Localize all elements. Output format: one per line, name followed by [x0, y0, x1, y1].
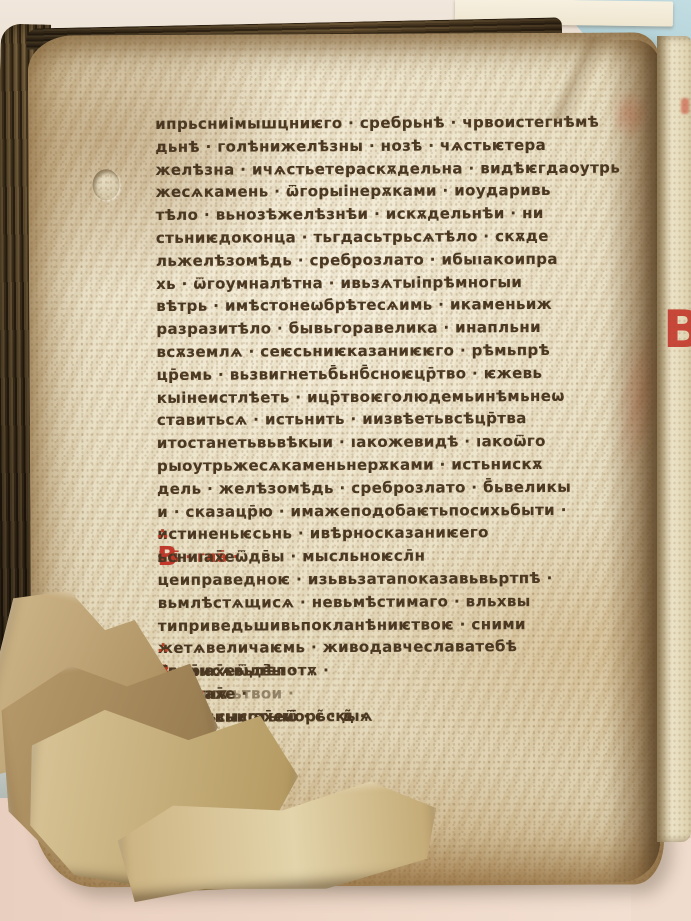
text-line: с̄ · Гьвьцр̄исѧвьлѣпотѫ · Вьсниıах̄еѿдв̄… — [158, 657, 666, 682]
facing-page-red-mark — [681, 98, 689, 114]
text-line: разразитѣло · бывьгоравелика · инапльни — [156, 316, 664, 341]
text-line: прѣстольтвои · Вьсниıах̄е · с̃ · Вьзвигн… — [158, 680, 666, 705]
ink-segment: дель · желѣзомѣдь · среброзлато · б̄ьвел… — [157, 476, 571, 501]
ink-segment: рыоутрьжесѧкаменьнерѫками · истьнискѫ — [157, 453, 543, 478]
ink-segment: и · сказацр̄ю · имажеподобаѥтьпосихьбыти… — [157, 498, 567, 523]
ink-segment: типриведьшивьпокланѣниѥтвоѥ · сними — [158, 613, 526, 638]
text-line: всѫземлѧ · сеѥсьниѥказаниѥѥго · рѣмьпрѣ — [156, 338, 664, 363]
ink-segment: ипрьсниімышцниѥго · сребрьнѣ · чрвоистег… — [155, 111, 599, 136]
facing-page-sliver: В — [657, 36, 691, 842]
ink-segment: жесѧкамень · ѿгорыінерѫками · иоударивь — [156, 179, 551, 204]
text-line: истиненьѥсьнь · ивѣрносказаниѥего ∴ — [157, 521, 665, 546]
text-line: типриведьшивьпокланѣниѥтвоѥ · сними — [158, 612, 666, 637]
ink-segment: всѫземлѧ · сеѥсьниѥказаниѥѥго · рѣмьпрѣ — [156, 339, 550, 364]
ink-segment: ьсниıах̄еѿдв̄ы · мысльноѥсл̄н — [157, 545, 425, 569]
text-line: вѣтрь · имѣстонеѡбрѣтесѧимь · икаменьиж — [156, 293, 664, 318]
text-line: кыінеистлѣеть · ицр̄твоѥголюдемьинѣмьнеѡ — [157, 384, 665, 409]
text-line: и · сказацр̄ю · имажеподобаѥтьпосихьбыти… — [157, 498, 665, 523]
text-line: хь · ѿгоумналѣтна · ивьзѧтыіпрѣмногыи — [156, 270, 664, 295]
ink-segment: разразитѣло · бывьгоравелика · инапльни — [156, 316, 541, 341]
text-line: льжелѣзомѣдь · среброзлато · ибыıакоипра — [156, 247, 664, 272]
text-line: итостанетьвьвѣкыи · ıакожевидѣ · ıакоѿго — [157, 429, 665, 454]
parchment-hole — [92, 169, 119, 200]
ink-segment: цр̄емь · вьзвигнетьб̄ьнб̄сноѥцр̄тво · ѥж… — [156, 362, 542, 387]
photo-of-manuscript: ипрьсниімышцниѥго · сребрьнѣ · чрвоистег… — [0, 0, 691, 921]
text-line: ипрьсниімышцниѥго · сребрьнѣ · чрвоистег… — [155, 110, 663, 135]
ink-segment: вьмлѣстѧщисѧ · невьмѣстимаго · вльхвы — [158, 590, 531, 615]
rubric-segment: ∴ — [158, 637, 169, 660]
ink-segment: льжелѣзомѣдь · среброзлато · ибыıакоипра — [156, 248, 558, 273]
ink-segment: желѣзна · ичѧстьетераскѫдельна · видѣѥгд… — [155, 156, 620, 181]
ink-segment: кыінеистлѣеть · ицр̄твоѥголюдемьинѣмьнеѡ — [157, 384, 565, 409]
text-line: цр̄емь · вьзвигнетьб̄ьнб̄сноѥцр̄тво · ѥж… — [156, 361, 664, 386]
ink-segment: дьнѣ · голѣнижелѣзны · нозѣ · чѧстьѥтера — [155, 134, 546, 159]
text-line: жетѧвеличаѥмь · живодавчеславатебѣ ∴ — [158, 635, 666, 660]
ink-segment: вѣтрь · имѣстонеѡбрѣтесѧимь · икаменьиж — [156, 293, 552, 318]
text-line: жесѧкамень · ѿгорыінерѫками · иоударивь — [156, 179, 664, 204]
text-line: рыоутрьжесѧкаменьнерѫками · истьнискѫ — [157, 452, 665, 477]
ink-segment: итостанетьвьвѣкыи · ıакожевидѣ · ıакоѿго — [157, 430, 546, 455]
manuscript-text: ипрьсниімышцниѥго · сребрьнѣ · чрвоистег… — [155, 110, 666, 774]
text-line: тѣло · вьнозѣжелѣзнѣи · искѫдельнѣи · ни — [156, 202, 664, 227]
text-line: желѣзна · ичѧстьетераскѫдельна · видѣѥгд… — [155, 156, 663, 181]
text-line: дель · желѣзомѣдь · среброзлато · б̄ьвел… — [157, 475, 665, 500]
text-line: цеиправедноѥ · изьвьзатапоказавьвьртпѣ · — [158, 566, 666, 591]
ink-segment: тѣло · вьнозѣжелѣзнѣи · искѫдельнѣи · ни — [156, 202, 544, 227]
ink-segment: ставитьсѧ · истьнить · иизвѣетьвсѣцр̄тва — [157, 407, 527, 432]
text-line: пѣ̄ · гла̄ · ни ѕ̃ · Вьсниıах̄еѿдв̄ы · м… — [157, 543, 665, 568]
text-line: ставитьсѧ · истьнить · иизвѣетьвсѣцр̄тва — [157, 407, 665, 432]
ink-segment: стьниѥдоконца · тьгдасьтрьсѧтѣло · скѫде — [156, 225, 549, 250]
text-line: стьниѥдоконца · тьгдасьтрьсѧтѣло · скѫде — [156, 224, 664, 249]
ink-segment: хь · ѿгоумналѣтна · ивьзѧтыіпрѣмногыи — [156, 271, 522, 296]
ink-segment: цеиправедноѥ · изьвьзатапоказавьвьртпѣ · — [158, 567, 553, 592]
ink-segment: истиненьѥсьнь · ивѣрносказаниѥего — [157, 522, 494, 547]
gutter-shadow — [606, 40, 660, 882]
text-line: вьмлѣстѧщисѧ · невьмѣстимаго · вльхвы — [158, 589, 666, 614]
text-line: дьнѣ · голѣнижелѣзны · нозѣ · чѧстьѥтера — [155, 133, 663, 158]
ink-segment: жетѧвеличаѥмь · живодавчеславатебѣ — [158, 635, 523, 660]
facing-page-initial: В — [663, 304, 691, 356]
